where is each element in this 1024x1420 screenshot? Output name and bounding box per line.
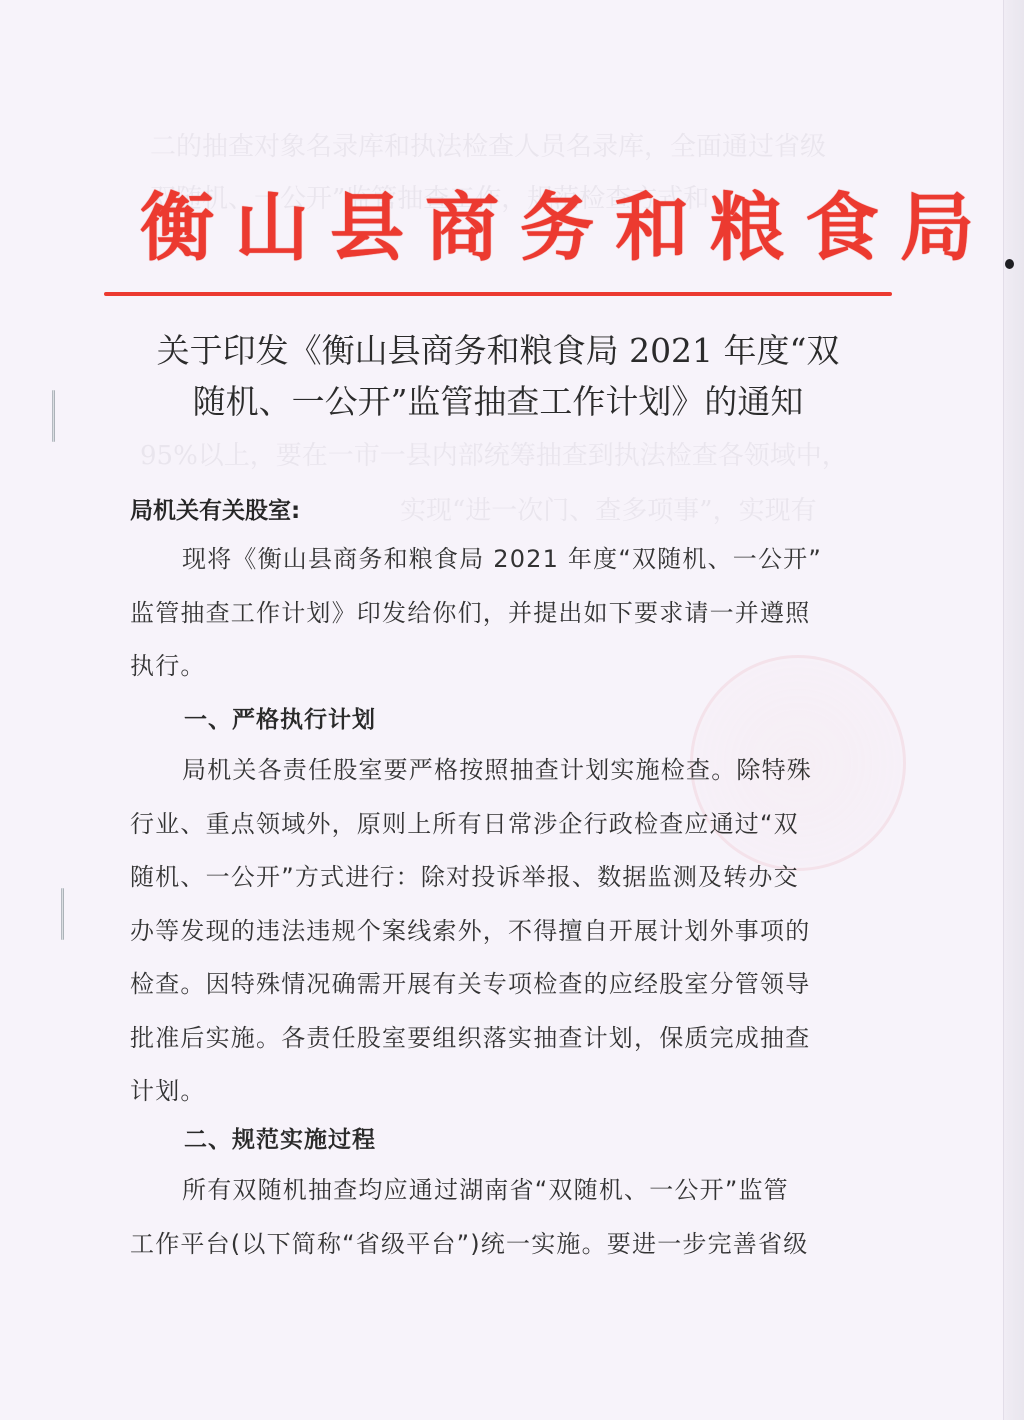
scan-page-edge <box>1003 0 1024 1420</box>
section-2-paragraph: 所有双随机抽查均应通过湖南省“双随机、一公开”监管 工作平台(以下简称“省级平台… <box>130 1164 865 1271</box>
paragraph-line: 所有双随机抽查均应通过湖南省“双随机、一公开”监管 <box>130 1164 865 1218</box>
paragraph-line: 执行。 <box>130 640 865 694</box>
staple-bottom <box>61 888 64 940</box>
bleed-through-line: 二的抽查对象名录库和执法检查人员名录库，全面通过省级 <box>150 126 826 163</box>
section-1-paragraph: 局机关各责任股室要严格按照抽查计划实施检查。除特殊 行业、重点领域外，原则上所有… <box>130 744 865 1119</box>
paragraph-line: 检查。因特殊情况确需开展有关专项检查的应经股室分管领导 <box>130 958 865 1012</box>
section-heading-1: 一、严格执行计划 <box>184 701 376 734</box>
paragraph-line: 随机、一公开”方式进行：除对投诉举报、数据监测及转办交 <box>130 851 865 905</box>
document-title: 关于印发《衡山县商务和粮食局 2021 年度“双 随机、一公开”监管抽查工作计划… <box>128 325 868 427</box>
paragraph-line: 局机关各责任股室要严格按照抽查计划实施检查。除特殊 <box>130 744 865 798</box>
letterhead-red-rule <box>104 292 892 296</box>
letterhead-org-name: 衡山县商务和粮食局 <box>140 183 870 273</box>
paragraph-line: 监管抽查工作计划》印发给你们，并提出如下要求请一并遵照 <box>130 587 865 641</box>
paragraph-line: 批准后实施。各责任股室要组织落实抽查计划，保质完成抽查 <box>130 1012 865 1066</box>
title-line-1: 关于印发《衡山县商务和粮食局 2021 年度“双 <box>128 325 868 376</box>
binding-hole-dot <box>1005 259 1014 269</box>
paragraph-line: 计划。 <box>130 1065 865 1119</box>
section-heading-2: 二、规范实施过程 <box>184 1121 376 1154</box>
salutation: 局机关有关股室: <box>130 492 300 525</box>
bleed-through-line: 95%以上，要在一市一县内部统筹抽查到执法检查各领域中， <box>140 435 848 472</box>
paragraph-line: 工作平台(以下简称“省级平台”)统一实施。要进一步完善省级 <box>130 1218 865 1272</box>
bleed-through-line: 实现“进一次门、查多项事”，实现有 <box>400 490 817 527</box>
title-line-2: 随机、一公开”监管抽查工作计划》的通知 <box>128 376 868 427</box>
paragraph-line: 现将《衡山县商务和粮食局 2021 年度“双随机、一公开” <box>130 533 865 587</box>
intro-paragraph: 现将《衡山县商务和粮食局 2021 年度“双随机、一公开” 监管抽查工作计划》印… <box>130 533 865 694</box>
paragraph-line: 行业、重点领域外，原则上所有日常涉企行政检查应通过“双 <box>130 798 865 852</box>
staple-top <box>52 390 55 442</box>
paragraph-line: 办等发现的违法违规个案线索外，不得擅自开展计划外事项的 <box>130 905 865 959</box>
